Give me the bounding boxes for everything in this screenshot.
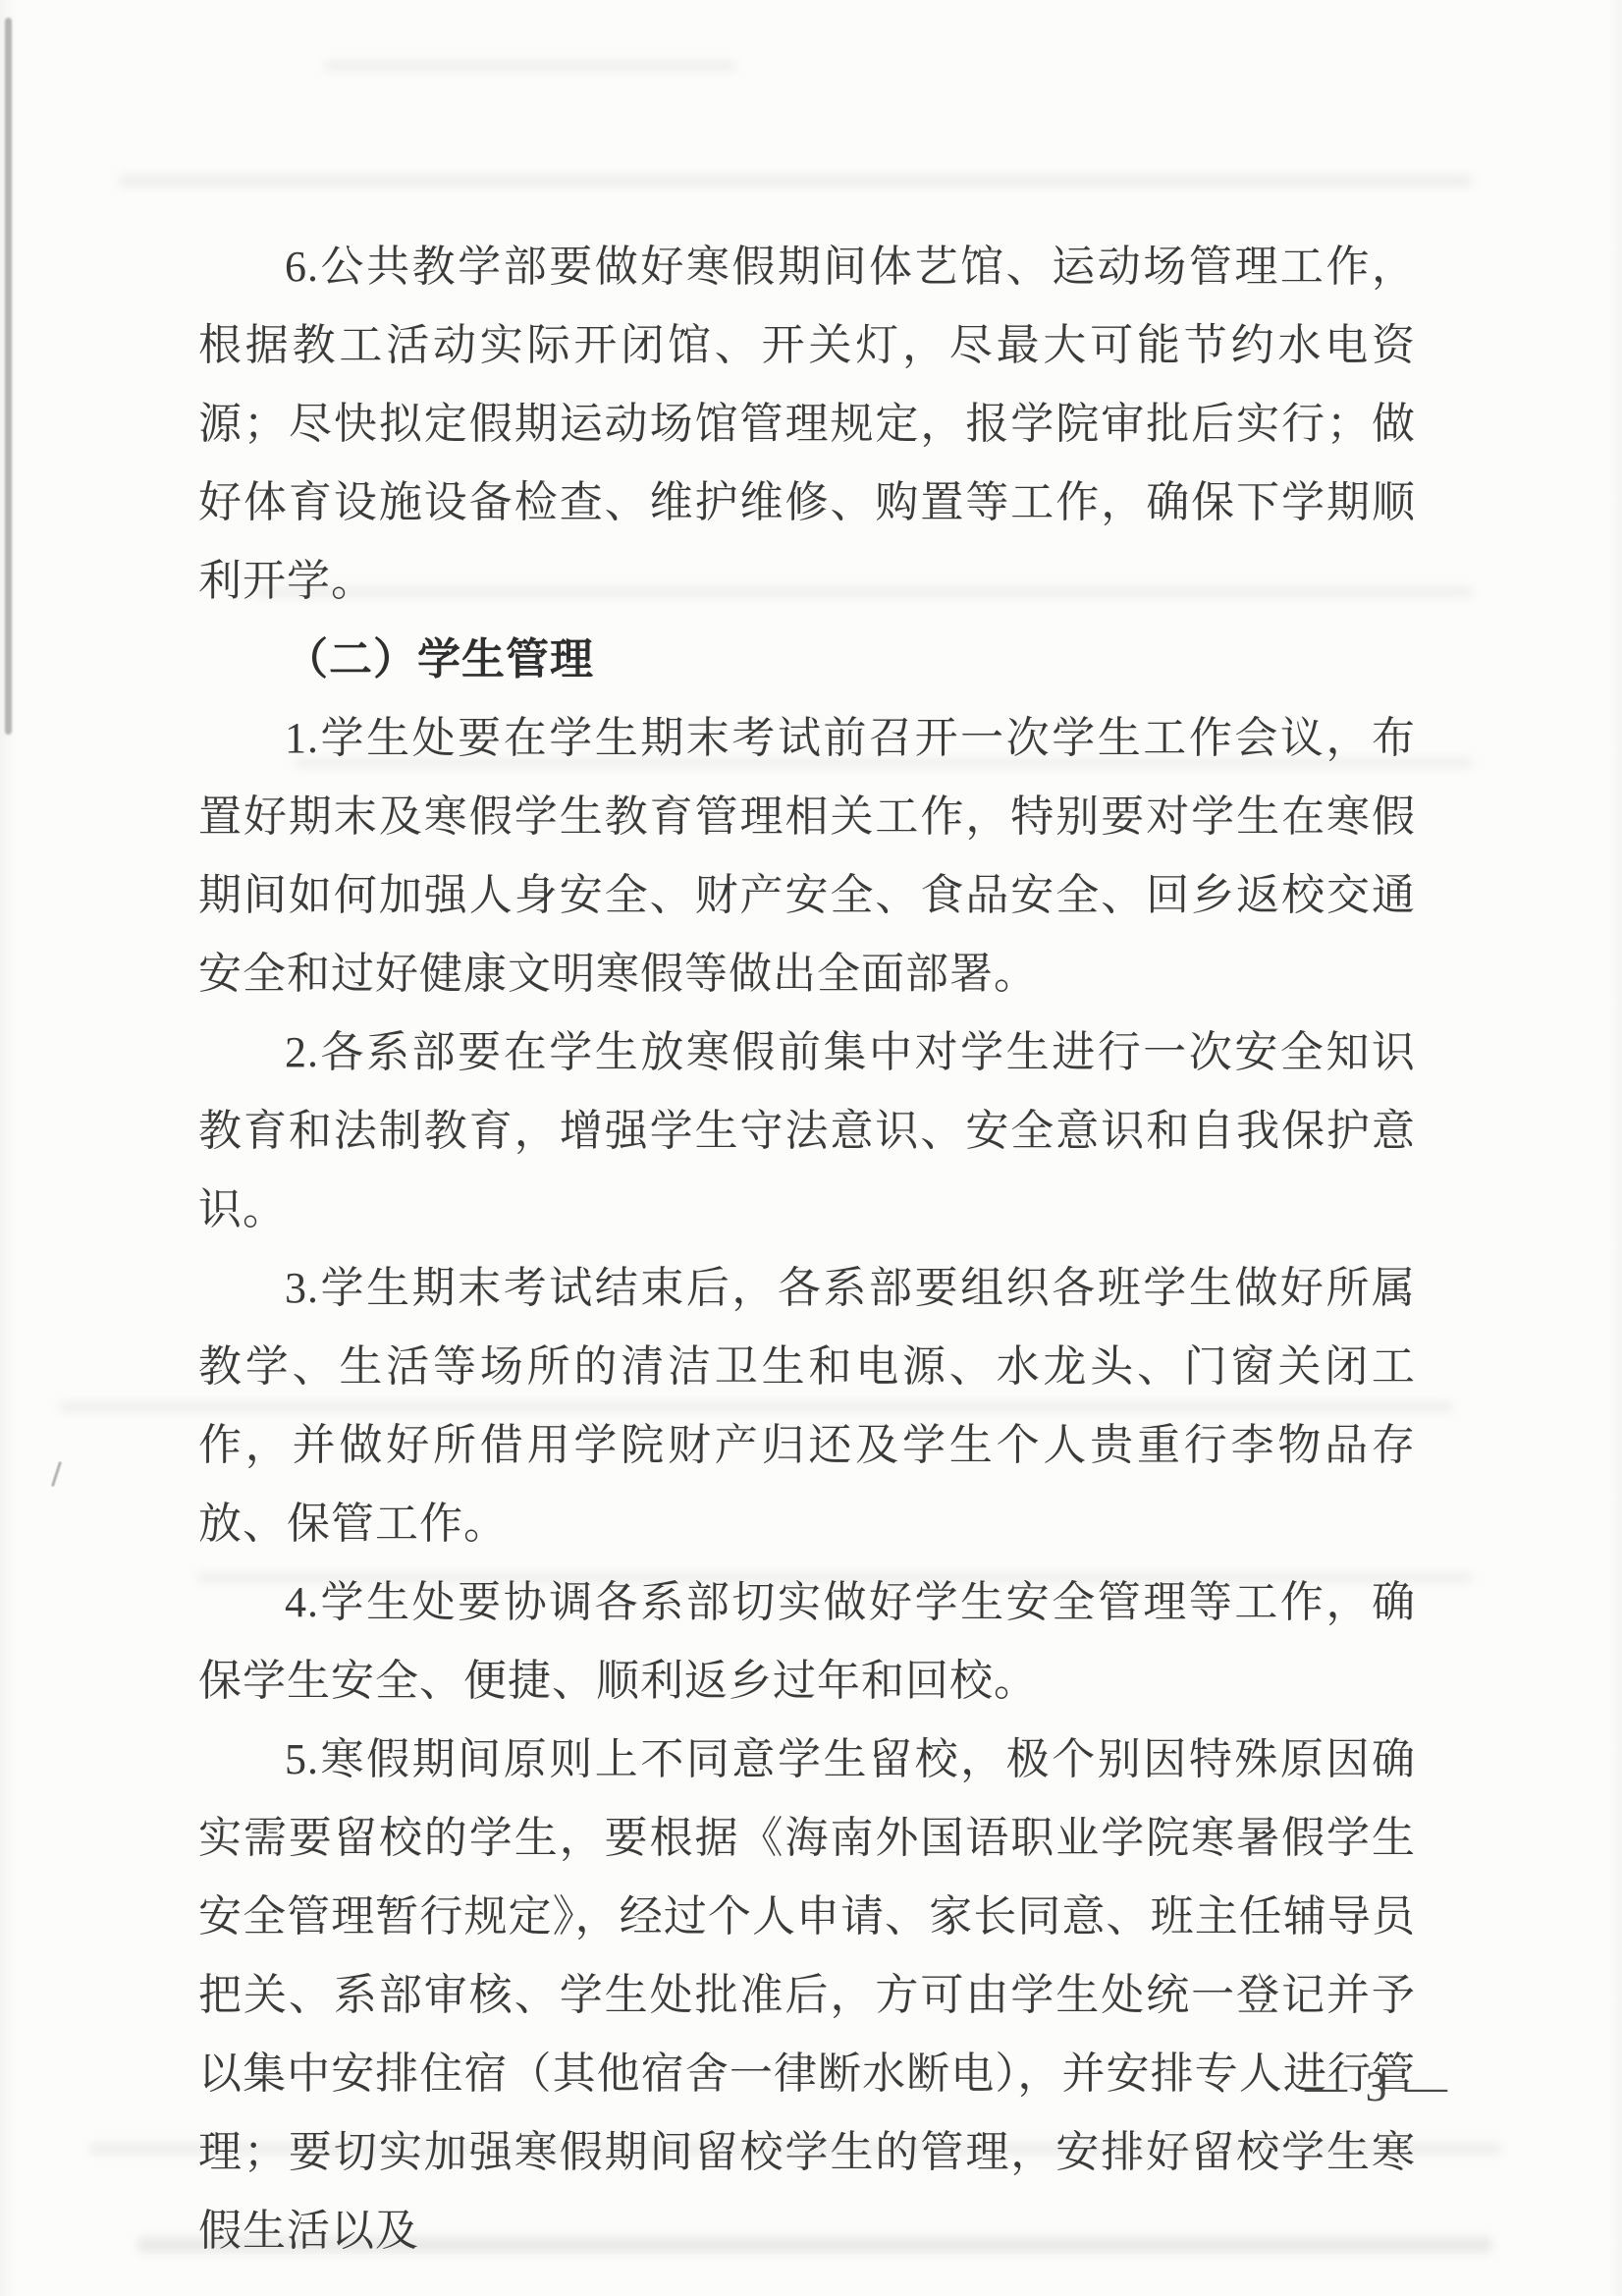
scan-artifact: [118, 175, 1473, 187]
paragraph-item-1: 1.学生处要在学生期末考试前召开一次学生工作会议，布置好期末及寒假学生教育管理相…: [198, 699, 1416, 1013]
paragraph-item-4: 4.学生处要协调各系部切实做好学生安全管理等工作，确保学生安全、便捷、顺利返乡过…: [198, 1563, 1416, 1721]
page-number: — 3 —: [0, 2058, 1451, 2117]
section-heading-student-management: （二）学生管理: [198, 621, 1416, 699]
scan-artifact: [324, 61, 736, 71]
scanned-document-page: 6.公共教学部要做好寒假期间体艺馆、运动场管理工作，根据教工活动实际开闭馆、开关…: [0, 0, 1622, 2296]
paragraph-item-6: 6.公共教学部要做好寒假期间体艺馆、运动场管理工作，根据教工活动实际开闭馆、开关…: [198, 228, 1416, 621]
paragraph-item-5: 5.寒假期间原则上不同意学生留校，极个别因特殊原因确实需要留校的学生，要根据《海…: [198, 1721, 1416, 2270]
paragraph-item-2: 2.各系部要在学生放寒假前集中对学生进行一次安全知识教育和法制教育，增强学生守法…: [198, 1013, 1416, 1249]
scan-artifact: [51, 1461, 62, 1487]
paragraph-item-3: 3.学生期末考试结束后，各系部要组织各班学生做好所属教学、生活等场所的清洁卫生和…: [198, 1249, 1416, 1563]
document-body: 6.公共教学部要做好寒假期间体艺馆、运动场管理工作，根据教工活动实际开闭馆、开关…: [198, 228, 1416, 2270]
scan-edge-shadow: [5, 18, 12, 735]
